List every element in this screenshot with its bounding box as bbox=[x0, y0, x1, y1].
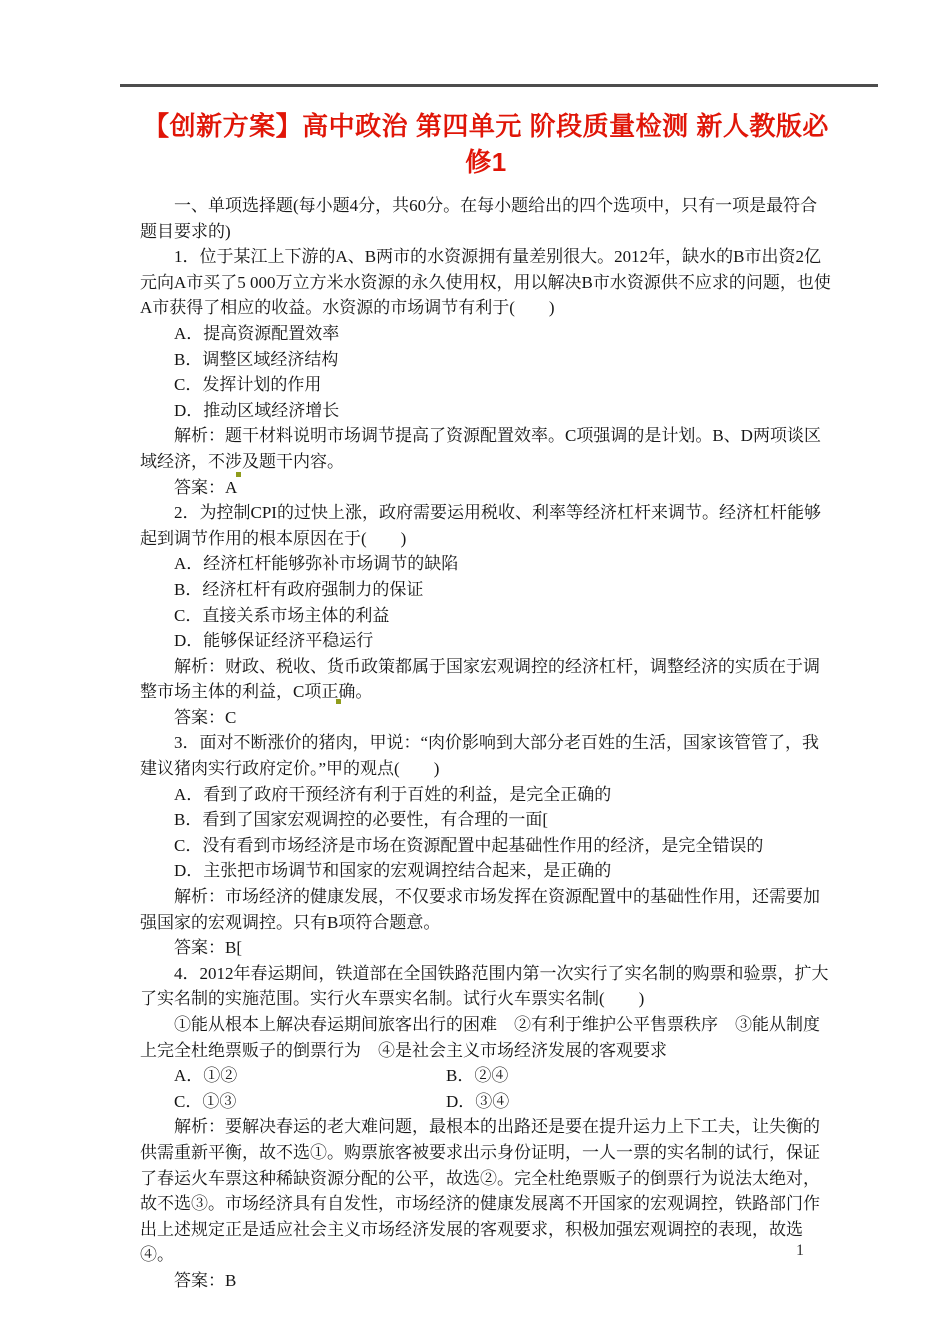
question-4-option-c: C．①③ bbox=[174, 1089, 446, 1115]
question-1-option-b: B．调整区域经济结构 bbox=[140, 347, 832, 373]
question-3-option-d: D．主张把市场调节和国家的宏观调控结合起来，是正确的 bbox=[140, 858, 832, 884]
section-intro: 一、单项选择题(每小题4分，共60分。在每小题给出的四个选项中，只有一项是最符合… bbox=[140, 193, 832, 244]
question-4-analysis: 解析：要解决春运的老大难问题，最根本的出路还是要在提升运力上下工夫，让失衡的供需… bbox=[140, 1114, 832, 1268]
question-1-option-d: D．推动区域经济增长 bbox=[140, 398, 832, 424]
page-number: 1 bbox=[796, 1242, 804, 1260]
question-2-option-a: A．经济杠杆能够弥补市场调节的缺陷 bbox=[140, 551, 832, 577]
question-2-option-b: B．经济杠杆有政府强制力的保证 bbox=[140, 577, 832, 603]
question-2-option-d: D．能够保证经济平稳运行 bbox=[140, 628, 832, 654]
question-4-answer: 答案：B bbox=[140, 1268, 832, 1294]
question-1-stem: 1．位于某江上下游的A、B两市的水资源拥有量差别很大。2012年，缺水的B市出资… bbox=[140, 244, 832, 321]
question-4-option-row-1: A．①② B．②④ bbox=[140, 1063, 832, 1089]
page-title: 【创新方案】高中政治 第四单元 阶段质量检测 新人教版必修1 bbox=[140, 108, 832, 180]
question-1-answer: 答案：A bbox=[140, 475, 832, 501]
question-3-answer: 答案：B[ bbox=[140, 935, 832, 961]
question-3-analysis: 解析：市场经济的健康发展，不仅要求市场发挥在资源配置中的基础性作用，还需要加强国… bbox=[140, 884, 832, 935]
question-4-option-a: A．①② bbox=[174, 1063, 446, 1089]
question-4-subitems: ①能从根本上解决春运期间旅客出行的困难 ②有利于维护公平售票秩序 ③能从制度上完… bbox=[140, 1012, 832, 1063]
document-page: 【创新方案】高中政治 第四单元 阶段质量检测 新人教版必修1 一、单项选择题(每… bbox=[0, 0, 950, 1344]
question-3-stem: 3．面对不断涨价的猪肉，甲说：“肉价影响到大部分老百姓的生活，国家该管管了，我建… bbox=[140, 730, 832, 781]
question-3: 3．面对不断涨价的猪肉，甲说：“肉价影响到大部分老百姓的生活，国家该管管了，我建… bbox=[140, 730, 832, 960]
question-2-answer: 答案：C bbox=[140, 705, 832, 731]
question-4-option-b: B．②④ bbox=[446, 1063, 718, 1089]
question-1-option-a: A．提高资源配置效率 bbox=[140, 321, 832, 347]
question-2-stem: 2．为控制CPI的过快上涨，政府需要运用税收、利率等经济杠杆来调节。经济杠杆能够… bbox=[140, 500, 832, 551]
question-4-stem: 4．2012年春运期间，铁道部在全国铁路范围内第一次实行了实名制的购票和验票，扩… bbox=[140, 961, 832, 1012]
question-1-option-c: C．发挥计划的作用 bbox=[140, 372, 832, 398]
question-2: 2．为控制CPI的过快上涨，政府需要运用税收、利率等经济杠杆来调节。经济杠杆能够… bbox=[140, 500, 832, 730]
question-1: 1．位于某江上下游的A、B两市的水资源拥有量差别很大。2012年，缺水的B市出资… bbox=[140, 244, 832, 500]
stray-spellcheck-mark-icon bbox=[336, 699, 341, 704]
header-rule bbox=[120, 84, 878, 87]
question-4: 4．2012年春运期间，铁道部在全国铁路范围内第一次实行了实名制的购票和验票，扩… bbox=[140, 961, 832, 1294]
stray-spellcheck-mark-icon bbox=[236, 472, 241, 477]
question-4-option-row-2: C．①③ D．③④ bbox=[140, 1089, 832, 1115]
question-4-option-d: D．③④ bbox=[446, 1089, 718, 1115]
document-content: 【创新方案】高中政治 第四单元 阶段质量检测 新人教版必修1 一、单项选择题(每… bbox=[140, 108, 832, 1294]
question-3-option-b: B．看到了国家宏观调控的必要性，有合理的一面[ bbox=[140, 807, 832, 833]
question-2-analysis: 解析：财政、税收、货币政策都属于国家宏观调控的经济杠杆，调整经济的实质在于调整市… bbox=[140, 654, 832, 705]
question-3-option-c: C．没有看到市场经济是市场在资源配置中起基础性作用的经济，是完全错误的 bbox=[140, 833, 832, 859]
question-3-option-a: A．看到了政府干预经济有利于百姓的利益，是完全正确的 bbox=[140, 782, 832, 808]
question-2-option-c: C．直接关系市场主体的利益 bbox=[140, 603, 832, 629]
question-1-analysis: 解析：题干材料说明市场调节提高了资源配置效率。C项强调的是计划。B、D两项谈区域… bbox=[140, 423, 832, 474]
